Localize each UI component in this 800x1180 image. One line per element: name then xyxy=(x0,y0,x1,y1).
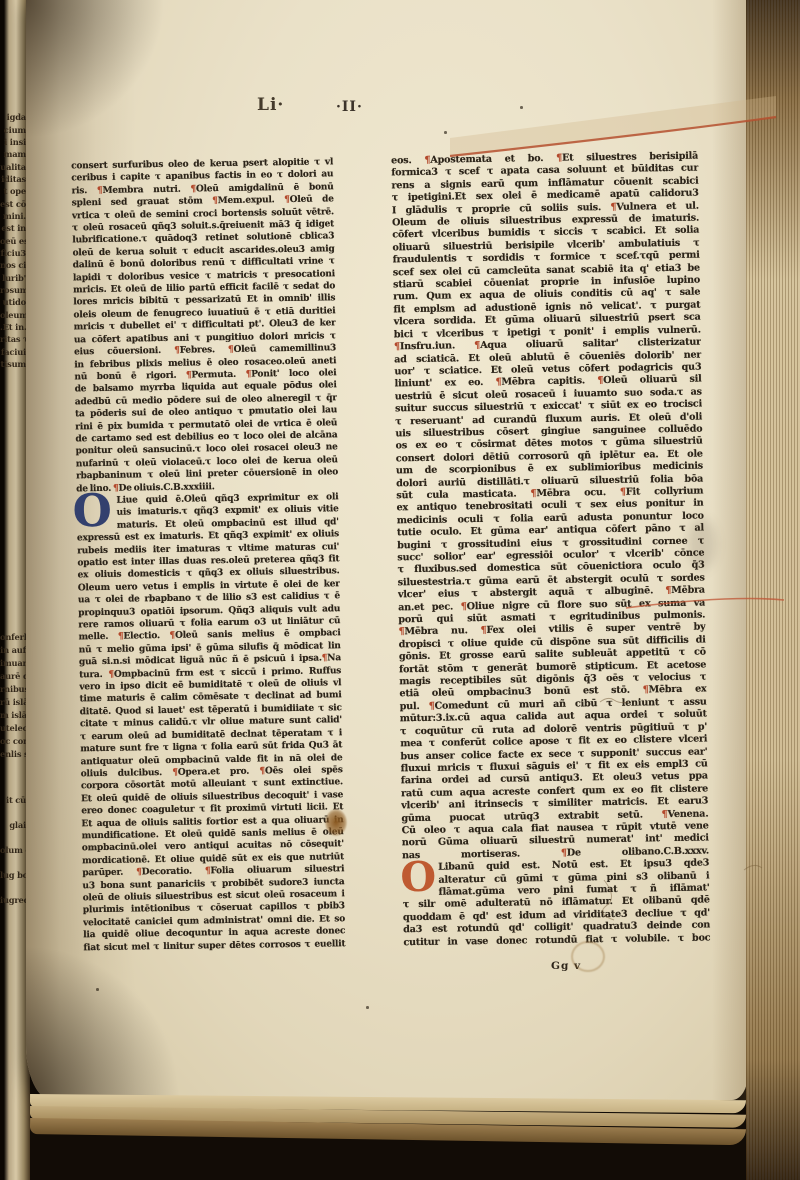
pilcrow-mark: ¶ xyxy=(136,868,142,878)
pilcrow-mark: ¶ xyxy=(190,184,196,194)
ink-speck xyxy=(366,1006,369,1009)
smudge-stain xyxy=(688,518,716,570)
ink-speck xyxy=(96,988,99,991)
pilcrow-mark: ¶ xyxy=(97,186,103,196)
pilcrow-mark: ¶ xyxy=(118,632,124,642)
pilcrow-mark: ¶ xyxy=(394,341,400,352)
ink-stain xyxy=(325,809,347,836)
pilcrow-mark: ¶ xyxy=(556,153,562,164)
pilcrow-mark: ¶ xyxy=(561,847,567,858)
pilcrow-mark: ¶ xyxy=(429,701,435,712)
pilcrow-mark: ¶ xyxy=(246,369,252,379)
pilcrow-mark: ¶ xyxy=(481,625,487,636)
pilcrow-mark: ¶ xyxy=(662,809,668,820)
pilcrow-mark: ¶ xyxy=(398,627,404,638)
ring-stain xyxy=(571,941,605,972)
pilcrow-mark: ¶ xyxy=(643,685,649,696)
pilcrow-mark: ¶ xyxy=(172,768,178,778)
pilcrow-mark: ¶ xyxy=(174,346,180,356)
pilcrow-mark: ¶ xyxy=(108,669,114,679)
pilcrow-mark: ¶ xyxy=(461,601,467,612)
pilcrow-mark: ¶ xyxy=(424,155,430,166)
pilcrow-mark: ¶ xyxy=(169,631,175,641)
pilcrow-mark: ¶ xyxy=(113,483,119,493)
pilcrow-mark: ¶ xyxy=(259,766,265,776)
pilcrow-mark: ¶ xyxy=(530,488,536,499)
pilcrow-mark: ¶ xyxy=(322,654,328,664)
pilcrow-mark: ¶ xyxy=(474,340,480,351)
book-scan-photo: { "header": { "folio_left": "Li·", "foli… xyxy=(0,0,800,1180)
pilcrow-mark: ¶ xyxy=(597,375,603,386)
ink-speck xyxy=(520,106,523,109)
pilcrow-mark: ¶ xyxy=(228,345,234,355)
pilcrow-mark: ¶ xyxy=(284,195,290,205)
pilcrow-mark: ¶ xyxy=(495,377,501,388)
left-text-column: consert surfuribus oleo de kerua psert a… xyxy=(71,156,345,954)
ink-speck xyxy=(444,131,447,134)
pilcrow-mark: ¶ xyxy=(205,866,211,876)
pilcrow-mark: ¶ xyxy=(610,201,616,212)
pilcrow-mark: ¶ xyxy=(620,487,626,498)
right-text-column: eos. ¶Apostemata et bo. ¶Et siluestres b… xyxy=(391,151,710,950)
pilcrow-mark: ¶ xyxy=(186,370,192,380)
drop-cap-initial: O xyxy=(400,858,436,897)
drop-cap-initial: O xyxy=(72,490,112,532)
pilcrow-mark: ¶ xyxy=(212,196,218,206)
text-block: consert surfuribus oleo de kerua psert a… xyxy=(0,0,800,1180)
pilcrow-mark: ¶ xyxy=(665,585,671,596)
